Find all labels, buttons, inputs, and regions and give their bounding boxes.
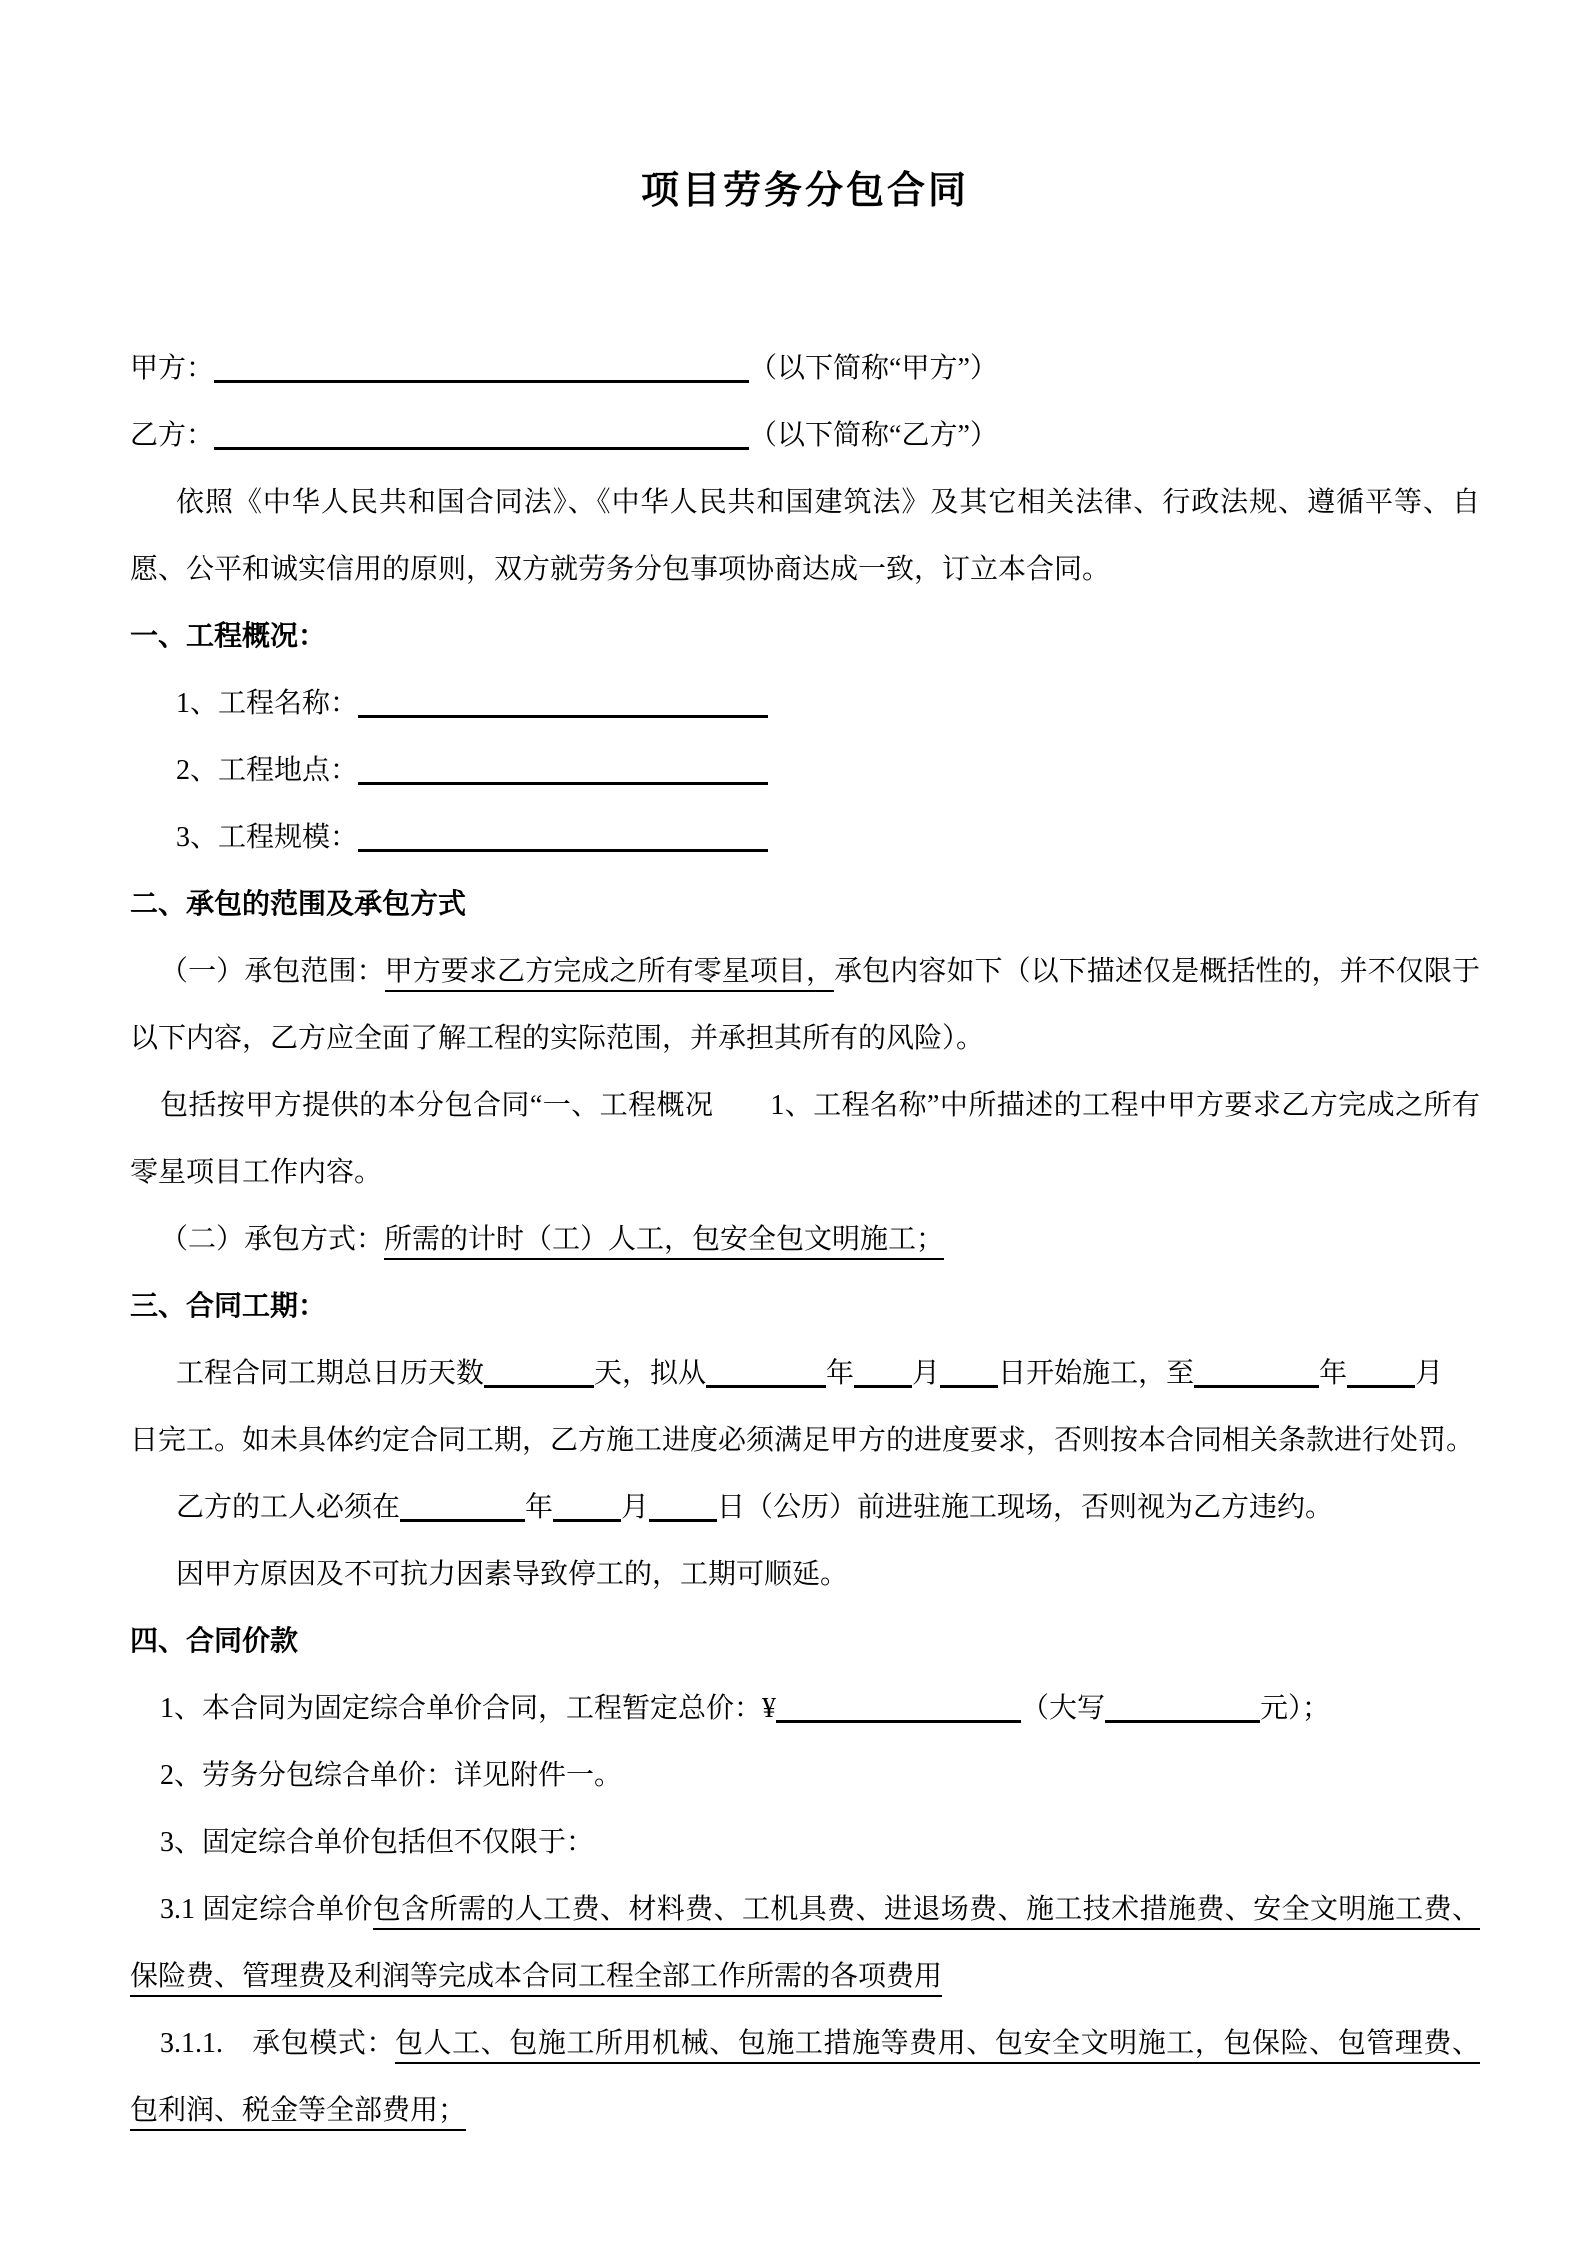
worker-entry-paragraph: 乙方的工人必须在年月日（公历）前进驻施工现场，否则视为乙方违约。	[130, 1474, 1480, 1541]
document-title: 项目劳务分包合同	[130, 158, 1480, 225]
worker-entry-day-blank	[649, 1489, 717, 1522]
project-name-blank-line	[358, 685, 768, 718]
price-composition-paragraph: 3.1 固定综合单价包含所需的人工费、材料费、工机具费、进退场费、施工技术措施费…	[130, 1876, 1480, 2010]
project-location-label: 2、工程地点：	[176, 755, 358, 786]
duration-days-label: 工程合同工期总日历天数	[176, 1358, 484, 1389]
project-name-label: 1、工程名称：	[176, 688, 358, 719]
duration-start-day-blank	[940, 1355, 998, 1388]
party-b-blank-line	[214, 417, 749, 450]
scope-paragraph: （一）承包范围：甲方要求乙方完成之所有零星项目，承包内容如下（以下描述仅是概括性…	[130, 938, 1480, 1072]
duration-start-year-blank	[706, 1355, 826, 1388]
section-1-heading: 一、工程概况：	[130, 603, 1480, 670]
party-a-label: 甲方：	[130, 353, 214, 384]
party-b-line: 乙方：（以下简称“乙方”）	[130, 402, 1480, 469]
price-caps-blank	[1105, 1690, 1260, 1723]
mode-underlined-text: 所需的计时（工）人工，包安全包文明施工；	[384, 1224, 944, 1260]
duration-end-month-blank	[1347, 1355, 1415, 1388]
price-caps-suffix: 元）；	[1260, 1693, 1330, 1724]
duration-end-year-blank	[1194, 1355, 1319, 1388]
section-3-heading: 三、合同工期：	[130, 1273, 1480, 1340]
section-2-heading: 二、承包的范围及承包方式	[130, 871, 1480, 938]
price-total-line: 1、本合同为固定综合单价合同，工程暂定总价：¥（大写元）；	[130, 1675, 1480, 1742]
duration-start-month-label: 月	[912, 1358, 940, 1389]
party-a-blank-line	[214, 350, 749, 383]
worker-entry-month-blank	[553, 1489, 621, 1522]
contract-mode-paragraph: 3.1.1. 承包模式：包人工、包施工所用机械、包施工措施等费用、包安全文明施工…	[130, 2010, 1480, 2144]
duration-start-year-label: 年	[826, 1358, 854, 1389]
project-scale-blank-line	[358, 819, 768, 852]
project-location-line: 2、工程地点：	[130, 737, 1480, 804]
project-name-line: 1、工程名称：	[130, 670, 1480, 737]
contract-body: 项目劳务分包合同 甲方：（以下简称“甲方”） 乙方：（以下简称“乙方”） 依照《…	[0, 0, 1586, 2144]
worker-entry-year-blank	[400, 1489, 525, 1522]
worker-entry-year-label: 年	[525, 1492, 553, 1523]
duration-end-year-label: 年	[1319, 1358, 1347, 1389]
contract-mode-prefix: 3.1.1. 承包模式：	[160, 2028, 395, 2059]
project-scale-label: 3、工程规模：	[176, 822, 358, 853]
party-b-alias: （以下简称“乙方”）	[749, 420, 998, 451]
mode-paragraph: （二）承包方式：所需的计时（工）人工，包安全包文明施工；	[130, 1206, 1480, 1273]
price-total-label: 1、本合同为固定综合单价合同，工程暂定总价：¥	[160, 1693, 776, 1724]
price-caps-label: （大写	[1021, 1693, 1105, 1724]
duration-start-month-blank	[854, 1355, 912, 1388]
section-4-heading: 四、合同价款	[130, 1608, 1480, 1675]
party-a-line: 甲方：（以下简称“甲方”）	[130, 335, 1480, 402]
duration-end-month-label: 月	[1415, 1358, 1443, 1389]
scope-label: （一）承包范围：	[160, 956, 385, 987]
price-amount-blank	[776, 1690, 1021, 1723]
duration-to-label: 日开始施工，至	[998, 1358, 1194, 1389]
price-unit-line: 2、劳务分包综合单价：详见附件一。	[130, 1742, 1480, 1809]
delay-paragraph: 因甲方原因及不可抗力因素导致停工的，工期可顺延。	[130, 1541, 1480, 1608]
worker-entry-label: 乙方的工人必须在	[176, 1492, 400, 1523]
price-composition-prefix: 3.1 固定综合单价	[160, 1894, 373, 1925]
price-includes-line: 3、固定综合单价包括但不仅限于：	[130, 1809, 1480, 1876]
duration-completion-text: 日完工。如未具体约定合同工期，乙方施工进度必须满足甲方的进度要求，否则按本合同相…	[130, 1425, 1474, 1456]
project-location-blank-line	[358, 752, 768, 785]
mode-label: （二）承包方式：	[160, 1224, 384, 1255]
project-scale-line: 3、工程规模：	[130, 804, 1480, 871]
party-a-alias: （以下简称“甲方”）	[749, 353, 998, 384]
worker-entry-month-label: 月	[621, 1492, 649, 1523]
duration-paragraph: 工程合同工期总日历天数天，拟从年月日开始施工，至年月日完工。如未具体约定合同工期…	[130, 1340, 1480, 1474]
scope-note-paragraph: 包括按甲方提供的本分包合同“一、工程概况 1、工程名称”中所描述的工程中甲方要求…	[130, 1072, 1480, 1206]
contract-document-page: 项目劳务分包合同 甲方：（以下简称“甲方”） 乙方：（以下简称“乙方”） 依照《…	[0, 0, 1586, 2244]
duration-days-blank	[484, 1355, 594, 1388]
scope-underlined-text: 甲方要求乙方完成之所有零星项目，	[385, 956, 834, 992]
party-b-label: 乙方：	[130, 420, 214, 451]
worker-entry-rest-text: 日（公历）前进驻施工现场，否则视为乙方违约。	[717, 1492, 1333, 1523]
preamble-paragraph: 依照《中华人民共和国合同法》、《中华人民共和国建筑法》及其它相关法律、行政法规、…	[130, 469, 1480, 603]
duration-from-label: 天，拟从	[594, 1358, 706, 1389]
